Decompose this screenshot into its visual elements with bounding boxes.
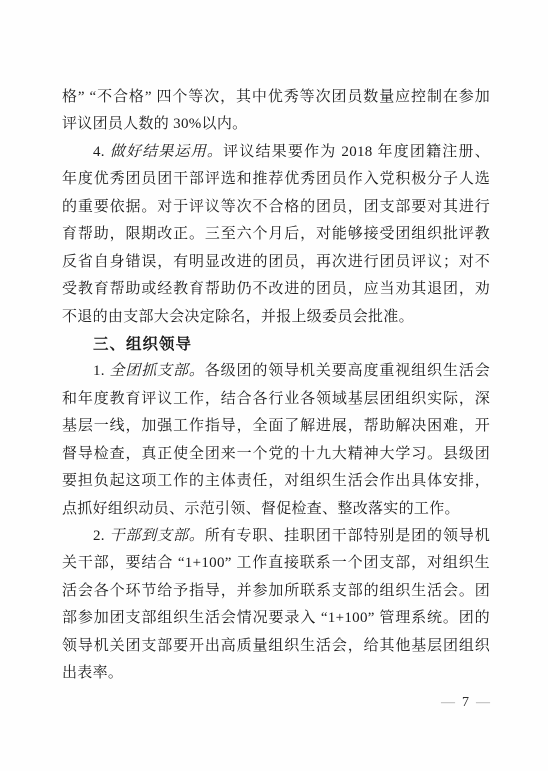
text-run: 所有专职、挂职团干部特别是团的领导机 bbox=[205, 528, 490, 544]
text-line: 出表率。 bbox=[62, 660, 490, 687]
text-line: 领导机关团支部要开出高质量组织生活会，给其他基层团组织作 bbox=[62, 633, 490, 660]
page-number-dash-left: — bbox=[441, 695, 455, 710]
text-run: 活会各个环节给予指导，并参加所联系支部的组织生活会。团干 bbox=[62, 583, 490, 605]
text-run: 做好结果运用。 bbox=[110, 144, 223, 160]
page-number-value: 7 bbox=[462, 695, 469, 710]
text-run: 育帮助，限期改正。三至六个月后，对能够接受团组织批评教育， bbox=[62, 226, 490, 248]
section-heading: 三、组织领导 bbox=[62, 331, 490, 358]
text-run: 4. bbox=[93, 144, 110, 160]
text-run: 点抓好组织动员、示范引领、督促检查、整改落实的工作。 bbox=[62, 501, 460, 517]
document-page: 格” “不合格” 四个等次，其中优秀等次团员数量应控制在参加评议团员人数的 30… bbox=[0, 0, 548, 771]
text-line: 关干部，要结合 “1+100” 工作直接联系一个团支部，对组织生 bbox=[62, 550, 490, 577]
text-line: 反省自身错误，有明显改进的团员，再次进行团员评议；对不接 bbox=[62, 249, 490, 276]
text-run: 要担负起这项工作的主体责任，对组织生活会作出具体安排，重 bbox=[62, 473, 490, 495]
text-line: 1. 全团抓支部。各级团的领导机关要高度重视组织生活会 bbox=[62, 358, 490, 385]
text-line: 评议团员人数的 30%以内。 bbox=[62, 111, 490, 138]
text-run: 2. bbox=[93, 528, 109, 544]
text-line: 育帮助，限期改正。三至六个月后，对能够接受团组织批评教育， bbox=[62, 221, 490, 248]
text-run: 关干部，要结合 “1+100” 工作直接联系一个团支部，对组织生 bbox=[62, 555, 490, 571]
text-line: 不退的由支部大会决定除名，并报上级委员会批准。 bbox=[62, 304, 490, 331]
text-line: 格” “不合格” 四个等次，其中优秀等次团员数量应控制在参加 bbox=[62, 84, 490, 111]
text-line: 活会各个环节给予指导，并参加所联系支部的组织生活会。团干 bbox=[62, 578, 490, 605]
text-line: 4. 做好结果运用。评议结果要作为 2018 年度团籍注册、2017 bbox=[62, 139, 490, 166]
text-run: 干部到支部。 bbox=[109, 528, 204, 544]
text-line: 点抓好组织动员、示范引领、督促检查、整改落实的工作。 bbox=[62, 496, 490, 523]
text-line: 受教育帮助或经教育帮助仍不改进的团员，应当劝其退团，劝而 bbox=[62, 276, 490, 303]
text-line: 督导检查，真正使全团来一个党的十九大精神大学习。县级团委 bbox=[62, 441, 490, 468]
text-run: 全团抓支部。 bbox=[109, 363, 204, 379]
page-number: —7— bbox=[441, 695, 490, 711]
text-run: 三、组织领导 bbox=[93, 336, 192, 353]
text-run: 部参加团支部组织生活会情况要录入 “1+100” 管理系统。团的 bbox=[62, 610, 490, 626]
document-body: 格” “不合格” 四个等次，其中优秀等次团员数量应控制在参加评议团员人数的 30… bbox=[62, 84, 490, 688]
text-run: 的重要依据。对于评议等次不合格的团员，团支部要对其进行教 bbox=[62, 199, 490, 221]
text-run: 基层一线，加强工作指导，全面了解进展，帮助解决困难，开展 bbox=[62, 418, 490, 440]
text-line: 基层一线，加强工作指导，全面了解进展，帮助解决困难，开展 bbox=[62, 413, 490, 440]
text-line: 2. 干部到支部。所有专职、挂职团干部特别是团的领导机 bbox=[62, 523, 490, 550]
text-run: 出表率。 bbox=[62, 665, 123, 681]
text-run: 和年度教育评议工作，结合各行业各领域基层团组织实际，深入 bbox=[62, 391, 490, 413]
page-number-dash-right: — bbox=[476, 695, 490, 710]
text-run: 不退的由支部大会决定除名，并报上级委员会批准。 bbox=[62, 309, 414, 325]
text-run: 各级团的领导机关要高度重视组织生活会 bbox=[205, 363, 490, 379]
text-run: 格” “不合格” 四个等次，其中优秀等次团员数量应控制在参加 bbox=[62, 89, 490, 105]
text-line: 部参加团支部组织生活会情况要录入 “1+100” 管理系统。团的 bbox=[62, 605, 490, 632]
text-run: 受教育帮助或经教育帮助仍不改进的团员，应当劝其退团，劝而 bbox=[62, 281, 490, 303]
text-run: 督导检查，真正使全团来一个党的十九大精神大学习。县级团委 bbox=[62, 446, 490, 468]
text-run: 评议团员人数的 30%以内。 bbox=[62, 116, 247, 132]
text-run: 领导机关团支部要开出高质量组织生活会，给其他基层团组织作 bbox=[62, 638, 490, 660]
text-run: 1. bbox=[93, 363, 109, 379]
text-line: 的重要依据。对于评议等次不合格的团员，团支部要对其进行教 bbox=[62, 194, 490, 221]
text-line: 和年度教育评议工作，结合各行业各领域基层团组织实际，深入 bbox=[62, 386, 490, 413]
text-line: 年度优秀团员团干部评选和推荐优秀团员作入党积极分子人选 bbox=[62, 166, 490, 193]
text-run: 年度优秀团员团干部评选和推荐优秀团员作入党积极分子人选 bbox=[62, 171, 490, 187]
text-line: 要担负起这项工作的主体责任，对组织生活会作出具体安排，重 bbox=[62, 468, 490, 495]
text-run: 反省自身错误，有明显改进的团员，再次进行团员评议；对不接 bbox=[62, 254, 490, 276]
